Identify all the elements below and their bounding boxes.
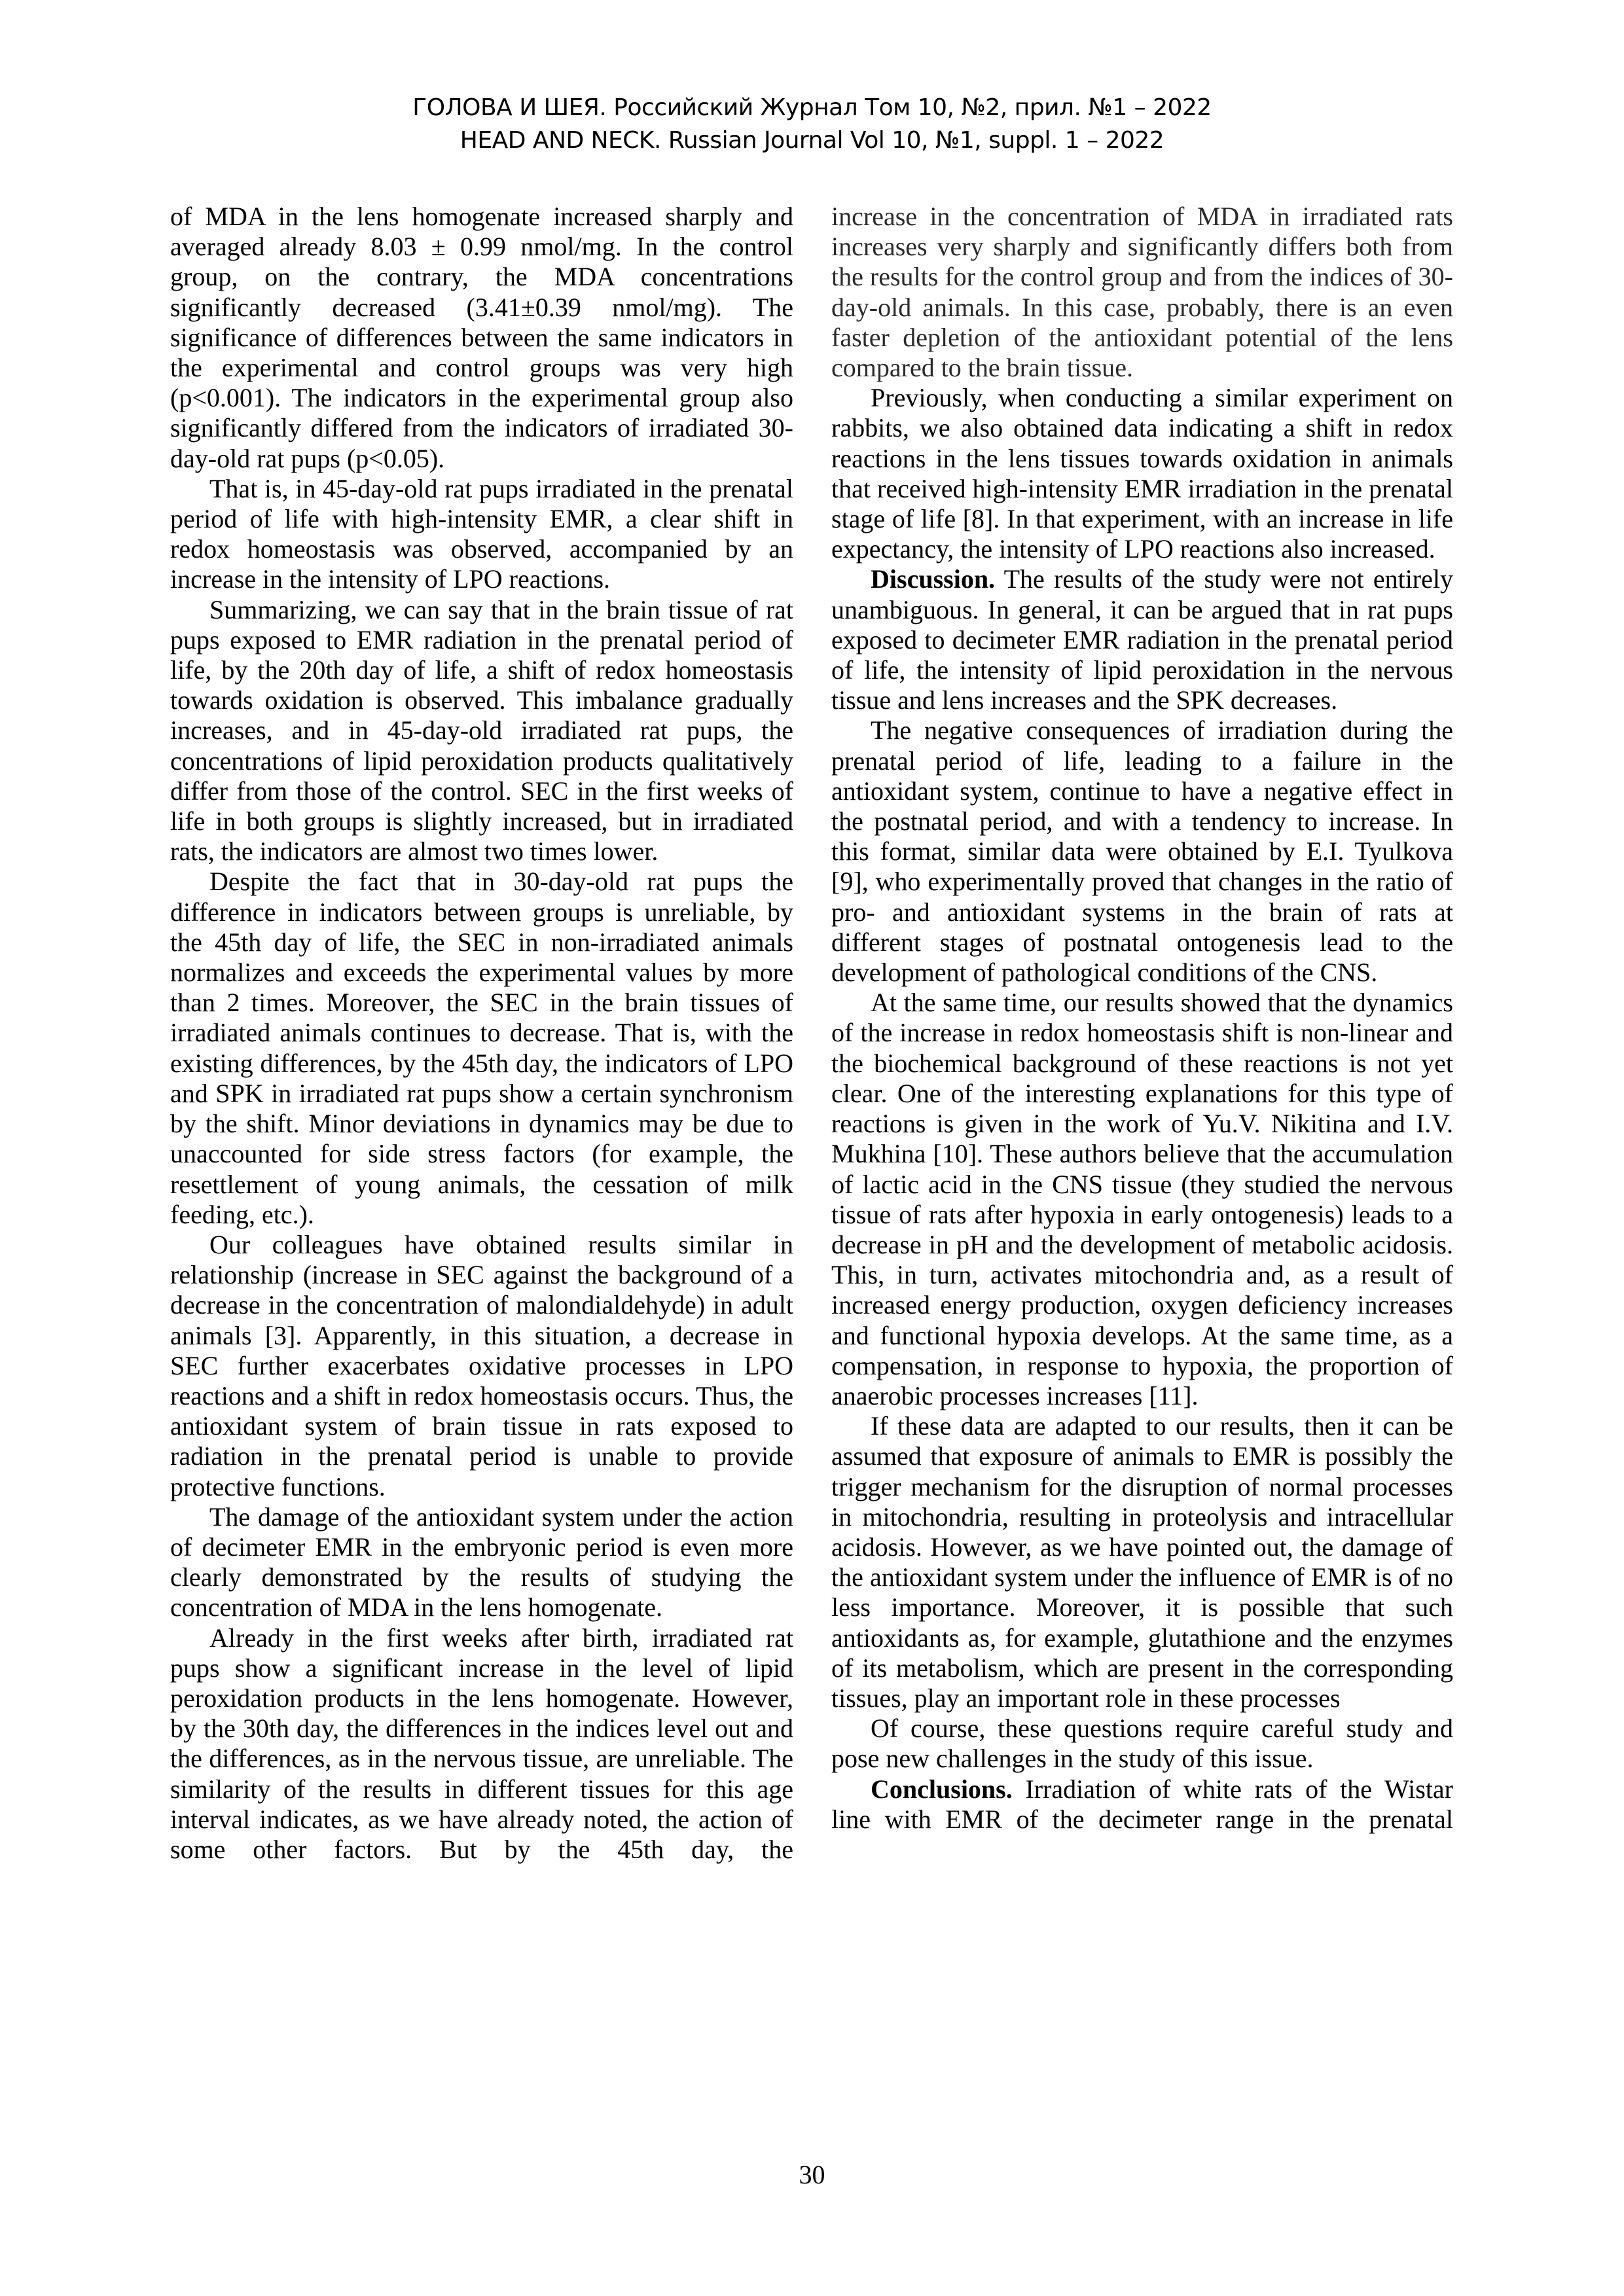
header-title-english: HEAD AND NECK. Russian Journal Vol 10, №… [0,124,1624,157]
right-column: increase in the concentration of MDA in … [831,202,1453,1835]
discussion-paragraph: Discussion. The results of the study wer… [831,564,1453,715]
running-header: ГОЛОВА И ШЕЯ. Российский Журнал Том 10, … [0,92,1624,157]
journal-page: ГОЛОВА И ШЕЯ. Российский Журнал Том 10, … [0,0,1624,2296]
paragraph: The damage of the antioxidant system und… [170,1502,793,1623]
paragraph: Our colleagues have obtained results sim… [170,1230,793,1502]
paragraph: of MDA in the lens homogenate increased … [170,202,793,474]
paragraph: If these data are adapted to our results… [831,1411,1453,1713]
header-title-russian: ГОЛОВА И ШЕЯ. Российский Журнал Том 10, … [0,92,1624,124]
paragraph: Summarizing, we can say that in the brai… [170,595,793,867]
paragraph: Previously, when conducting a similar ex… [831,383,1453,564]
conclusions-heading: Conclusions. [871,1774,1013,1804]
paragraph: At the same time, our results showed tha… [831,988,1453,1411]
paragraph: The negative consequences of irradiation… [831,715,1453,988]
paragraph: increase in the concentration of MDA in … [831,202,1453,383]
left-column: of MDA in the lens homogenate increased … [170,202,793,1865]
paragraph: Of course, these questions require caref… [831,1713,1453,1774]
discussion-heading: Discussion. [871,564,995,594]
paragraph: That is, in 45-day-old rat pups irradiat… [170,474,793,595]
paragraph: Despite the fact that in 30-day-old rat … [170,867,793,1229]
page-number: 30 [0,2160,1624,2190]
paragraph: Already in the first weeks after birth, … [170,1623,793,1865]
conclusions-paragraph: Conclusions. Irradiation of white rats o… [831,1774,1453,1835]
